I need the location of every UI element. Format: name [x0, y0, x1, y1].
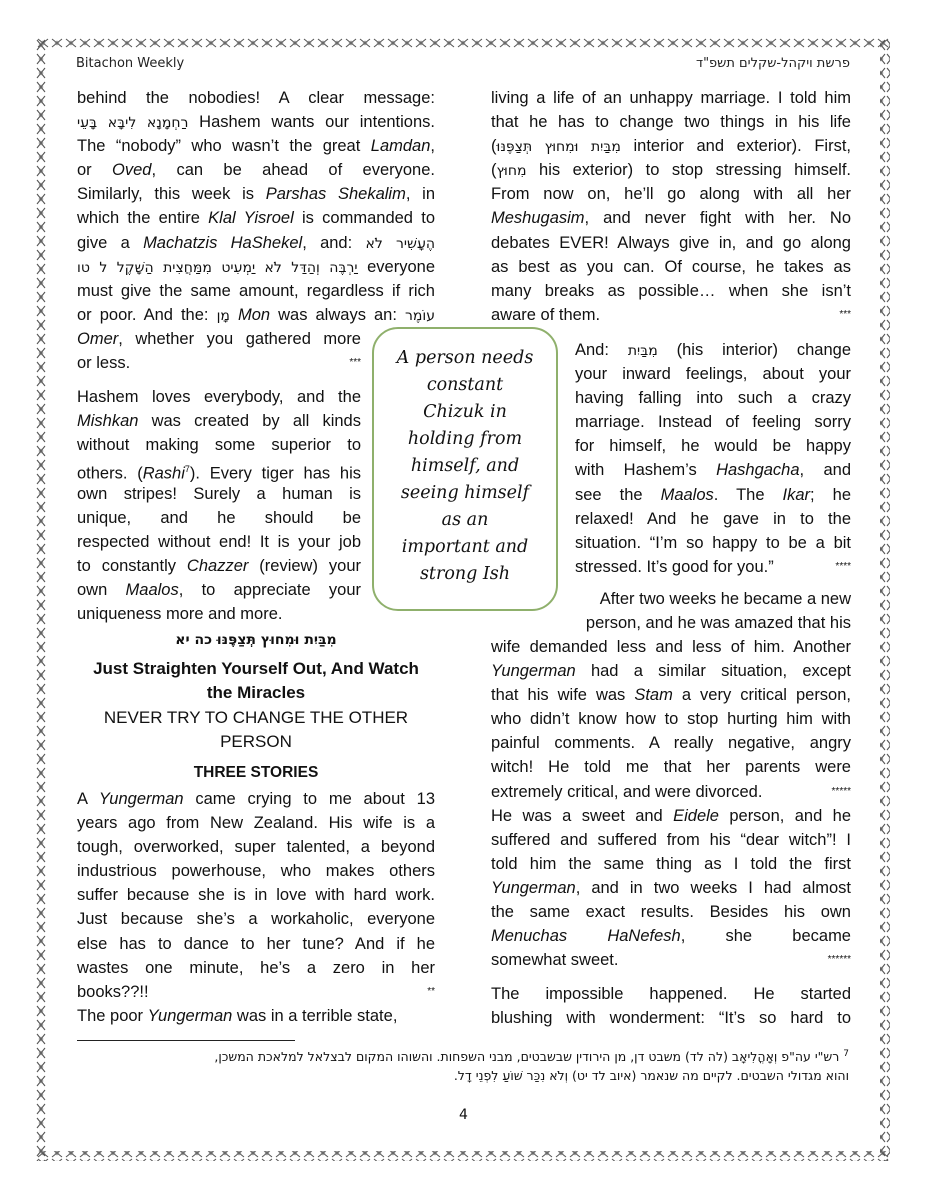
- text-line: the same exact results. Besides his own: [491, 900, 851, 924]
- hebrew-phrase: רַחְמָנָא לִיבָּא בָּעֵי: [77, 115, 188, 131]
- text-line: as best as you can. Of course, he takes …: [491, 255, 851, 279]
- text-line: debates EVER! Always give in, and go alo…: [491, 231, 851, 255]
- text-line: And: מִבַּיִת (his interior) change: [575, 338, 851, 362]
- pull-quote-box: A person needs constant Chizuk in holdin…: [372, 327, 558, 611]
- text-line: others. (Rashi7). Every tiger has his: [77, 457, 361, 481]
- text-line: Similarly, this week is Parshas Shekalim…: [77, 182, 435, 206]
- pull-quote-line: constant: [374, 372, 556, 399]
- footnote-line: והוא מגדולי השבטים. לקיים מה שנאמר (איוב…: [69, 1066, 849, 1085]
- section-hebrew-verse: מִבַּיִת וּמִחוּץ תְּצַפֶּנּוּ כה יא: [77, 632, 435, 648]
- text-line: years ago from New Zealand. His wife is …: [77, 811, 435, 835]
- pull-quote-line: Chizuk in: [374, 399, 556, 426]
- publication-title: Bitachon Weekly: [76, 56, 184, 71]
- text-line: witch! He told me that her parents were: [491, 755, 851, 779]
- text-line: wife demanded less and less of him. Anot…: [491, 635, 851, 659]
- text-line: that he has to change two things in his …: [491, 110, 851, 134]
- text-line: The impossible happened. He started: [491, 982, 851, 1006]
- hebrew-phrase: מִבַּיִת וּמִחוּץ תְּצַפֶּנּוּ: [497, 139, 621, 155]
- text-line: Menuchas HaNefesh, she became: [491, 924, 851, 948]
- text-line: Omer, whether you gathered more: [77, 327, 361, 351]
- text-line: many breaks as possible… when she isn’t: [491, 279, 851, 303]
- section-stars: ***: [839, 303, 851, 327]
- text-line: without making some superior to: [77, 433, 361, 457]
- text-line: or less.***: [77, 351, 361, 375]
- text-line: Mishkan was created by all kinds: [77, 409, 361, 433]
- text-line: Hashem loves everybody, and the: [77, 385, 361, 409]
- text-line: situation. “I’m so happy to be a bit: [575, 531, 851, 555]
- text-line: uniqueness more and more.: [77, 602, 361, 626]
- text-line: to constantly Chazzer (review) your: [77, 554, 361, 578]
- text-line: From now on, he’ll go along with all her: [491, 182, 851, 206]
- pull-quote-line: seeing himself: [374, 480, 556, 507]
- text-line: who didn’t know how to stop hurting him …: [491, 707, 851, 731]
- text-line: blushing with wonderment: “It’s so hard …: [491, 1006, 851, 1030]
- text-line: After two weeks he became a new: [575, 587, 851, 611]
- text-line: (מִחוּץ his exterior) to stop stressing …: [491, 158, 851, 182]
- section-title-line: Just Straighten Yourself Out, And Watch: [77, 657, 435, 681]
- text-line: or poor. And the: מָן Mon was always an:…: [77, 303, 435, 327]
- text-line: Yungerman had a similar situation, excep…: [491, 659, 851, 683]
- text-line: Meshugasim, and never fight with her. No: [491, 206, 851, 230]
- section-title: Just Straighten Yourself Out, And Watch …: [77, 657, 435, 705]
- text-line: somewhat sweet.******: [491, 948, 851, 972]
- parsha-title: פרשת ויקהל-שקלים תשפ"ד: [696, 56, 850, 71]
- text-line: aware of them.***: [491, 303, 851, 327]
- text-line: told him the same thing as I told the fi…: [491, 852, 851, 876]
- right-column-lower: wife demanded less and less of him. Anot…: [491, 635, 851, 1031]
- hebrew-phrase: הֶעָשִׁיר לֹא: [366, 236, 436, 252]
- text-line: extremely critical, and were divorced.**…: [491, 780, 851, 804]
- hebrew-phrase: מִחוּץ: [497, 163, 527, 179]
- section-subtitle: NEVER TRY TO CHANGE THE OTHER PERSON: [77, 706, 435, 754]
- text-line: person, and he was amazed that his: [563, 611, 851, 635]
- text-line: A Yungerman came crying to me about 13: [77, 787, 435, 811]
- text-line: living a life of an unhappy marriage. I …: [491, 86, 851, 110]
- stories-heading: THREE STORIES: [77, 764, 435, 782]
- section-stars: ***: [349, 351, 361, 375]
- text-line: industrious powerhouse, who makes others: [77, 859, 435, 883]
- text-line: which the entire Klal Yisroel is command…: [77, 206, 435, 230]
- footnote-separator: [77, 1040, 295, 1041]
- page-number: 4: [459, 1107, 468, 1123]
- pull-quote-line: himself, and: [374, 453, 556, 480]
- section-stars: ****: [835, 555, 851, 579]
- text-line: with Hashem’s Hashgacha, and: [575, 458, 851, 482]
- left-column-stories: A Yungerman came crying to me about 13 y…: [77, 787, 435, 1028]
- text-line: having falling into such a crazy: [575, 386, 851, 410]
- text-line: wastes one minute, he’s a zero in her: [77, 956, 435, 980]
- text-line: painful comments. A really negative, ang…: [491, 731, 851, 755]
- pull-quote-line: A person needs: [374, 345, 556, 372]
- footnote-text: רש"י עה"פ וְאָהֳלִיאָב (לה לד) משבט דן, …: [214, 1049, 839, 1064]
- text-line: that his wife was Stam a very critical p…: [491, 683, 851, 707]
- text-line: see the Maalos. The Ikar; he: [575, 483, 851, 507]
- text-line: your inward feelings, about your: [575, 362, 851, 386]
- section-stars: *****: [832, 780, 851, 804]
- text-line: respected without end! It is your job: [77, 530, 361, 554]
- text-line: for himself, he would be happy: [575, 434, 851, 458]
- pull-quote-line: holding from: [374, 426, 556, 453]
- hebrew-phrase: יַרְבֶּה וְהַדַּל לֹא יַמְעִיט מִמַּחֲצִ…: [77, 260, 358, 276]
- text-line: marriage. Instead of feeling sorry: [575, 410, 851, 434]
- text-line: own Maalos, to appreciate your: [77, 578, 361, 602]
- text-line: relaxed! And he gave in to the: [575, 507, 851, 531]
- section-stars: **: [427, 980, 435, 1004]
- text-line: own stripes! Surely a human is: [77, 482, 361, 506]
- text-line: Just because she’s a workaholic, everyon…: [77, 907, 435, 931]
- text-line: רַחְמָנָא לִיבָּא בָּעֵי Hashem wants ou…: [77, 110, 435, 134]
- right-column-para3-start-2: person, and he was amazed that his: [563, 611, 851, 635]
- text-line: The poor Yungerman was in a terrible sta…: [77, 1004, 435, 1028]
- section-stars: ******: [828, 948, 851, 972]
- text-line: stressed. It’s good for you.”****: [575, 555, 851, 579]
- text-line: He was a sweet and Eidele person, and he: [491, 804, 851, 828]
- footnote: 7 רש"י עה"פ וְאָהֳלִיאָב (לה לד) משבט דן…: [69, 1045, 849, 1085]
- text-line: The “nobody” who wasn’t the great Lamdan…: [77, 134, 435, 158]
- text-line: must give the same amount, regardless if…: [77, 279, 435, 303]
- text-line: behind the nobodies! A clear message:: [77, 86, 435, 110]
- pull-quote-line: important and: [374, 534, 556, 561]
- section-subtitle-line: NEVER TRY TO CHANGE THE OTHER: [77, 706, 435, 730]
- text-line: suffered and suffered from his “dear wit…: [491, 828, 851, 852]
- section-subtitle-line: PERSON: [77, 730, 435, 754]
- text-line: books??!!**: [77, 980, 435, 1004]
- text-line: (מִבַּיִת וּמִחוּץ תְּצַפֶּנּוּ interior…: [491, 134, 851, 158]
- hebrew-phrase: מָן: [217, 308, 230, 324]
- text-line: Yungerman, and in two weeks I had almost: [491, 876, 851, 900]
- text-line: tough, overworked, super talented, a bey…: [77, 835, 435, 859]
- text-line: or Oved, can be ahead of everyone.: [77, 158, 435, 182]
- footnote-marker: 7: [843, 1049, 849, 1059]
- pull-quote-line: strong Ish: [374, 561, 556, 588]
- section-title-line: the Miracles: [77, 681, 435, 705]
- text-line: יַרְבֶּה וְהַדַּל לֹא יַמְעִיט מִמַּחֲצִ…: [77, 255, 435, 279]
- right-column-wrapped: And: מִבַּיִת (his interior) change your…: [575, 338, 851, 579]
- footnote-line: 7 רש"י עה"פ וְאָהֳלִיאָב (לה לד) משבט דן…: [69, 1045, 849, 1066]
- text-line: give a Machatzis HaShekel, and: הֶעָשִׁי…: [77, 231, 435, 255]
- right-column-para3-start: After two weeks he became a new: [575, 587, 851, 611]
- text-line: unique, and he should be: [77, 506, 361, 530]
- hebrew-phrase: עוֹמֶר: [405, 308, 435, 324]
- pull-quote-line: as an: [374, 507, 556, 534]
- right-column: living a life of an unhappy marriage. I …: [491, 86, 851, 327]
- text-line: else has to dance to her tune? And if he: [77, 932, 435, 956]
- footnote-ref[interactable]: 7: [185, 464, 190, 474]
- text-line: suffer because she is in love with hard …: [77, 883, 435, 907]
- hebrew-phrase: מִבַּיִת: [628, 343, 658, 359]
